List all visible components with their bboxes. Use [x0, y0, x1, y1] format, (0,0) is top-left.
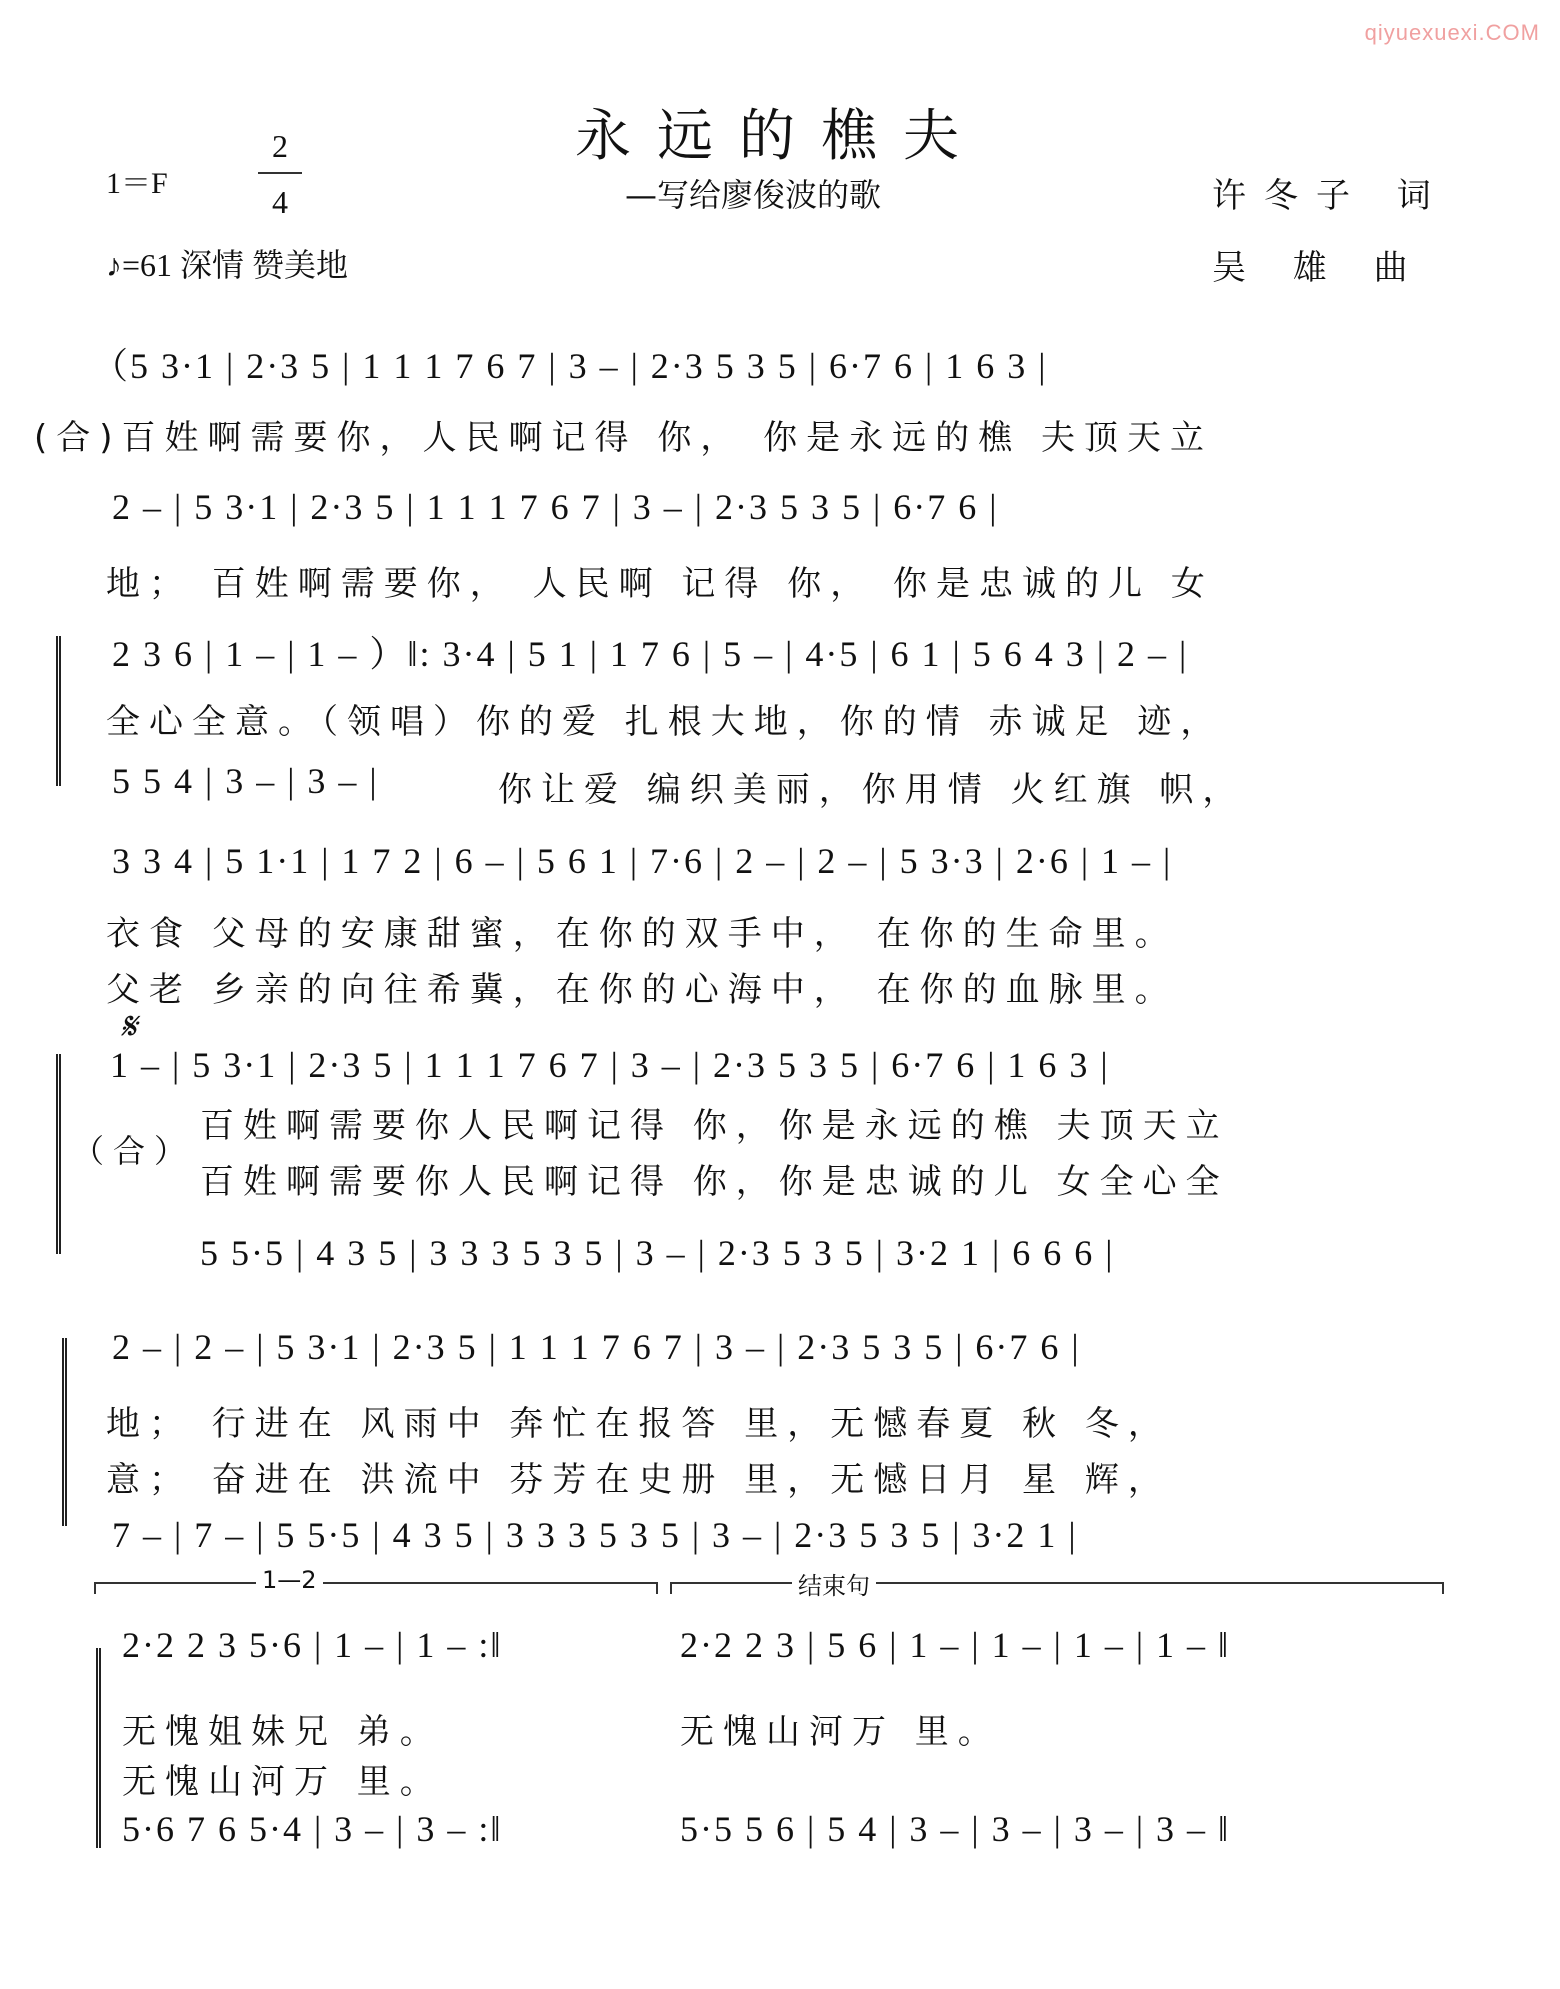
- system1-lyrics: (合)百姓啊需要你，人民啊记得 你， 你是永远的樵 夫顶天立: [34, 410, 1213, 459]
- segno-icon: 𝄋: [120, 1004, 136, 1049]
- volta-1-2-label: 1—2: [256, 1566, 323, 1594]
- system6-lyrics-1: 地； 行进在 风雨中 奔忙在报答 里，无憾春夏 秋 冬，: [106, 1396, 1171, 1445]
- system5-notes-lower: 5 5·5 | 4 3 5 | 3 3 3 5 3 5 | 3 – | 2·3 …: [200, 1232, 1114, 1274]
- system3-notes-alt: 5 5 4 | 3 – | 3 – |: [112, 760, 379, 802]
- system7-bracket: [96, 1648, 105, 1848]
- system2-lyrics: 地； 百姓啊需要你， 人民啊 记得 你， 你是忠诚的儿 女: [106, 556, 1214, 605]
- system1-notes: （5 3·1 | 2·3 5 | 1 1 1 7 6 7 | 3 – | 2·3…: [92, 338, 1047, 389]
- system4-lyrics-2: 父老 乡亲的向往希冀，在你的心海中， 在你的血脉里。: [106, 962, 1178, 1011]
- lyricist-credit: 许冬子 词: [1212, 168, 1449, 217]
- chorus-label: （合）: [72, 1126, 195, 1172]
- song-subtitle: —写给廖俊波的歌: [625, 170, 881, 216]
- volta-1-2: 1—2: [94, 1582, 658, 1594]
- system5-bracket: [56, 1054, 65, 1254]
- system3-lyrics-1: 全心全意。（领唱）你的爱 扎根大地，你的情 赤诚足 迹，: [106, 694, 1223, 743]
- system3-notes: 2 3 6 | 1 – | 1 – ）‖: 3·4 | 5 1 | 1 7 6 …: [112, 626, 1188, 677]
- watermark: qiyuexuexi.COM: [1365, 20, 1540, 46]
- system7-notes-upper-v2: 2·2 2 3 | 5 6 | 1 – | 1 – | 1 – | 1 – ‖: [680, 1624, 1230, 1666]
- system7-notes-upper-v1: 2·2 2 3 5·6 | 1 – | 1 – :‖: [122, 1624, 503, 1666]
- system4-lyrics-1: 衣食 父母的安康甜蜜，在你的双手中， 在你的生命里。: [106, 906, 1178, 955]
- key-signature: 1＝F: [106, 158, 168, 202]
- volta-ending: 结束句: [670, 1582, 1444, 1594]
- system7-notes-lower-v1: 5·6 7 6 5·4 | 3 – | 3 – :‖: [122, 1808, 503, 1850]
- system5-lyrics-2: 百姓啊需要你人民啊记得 你，你是忠诚的儿 女全心全: [200, 1154, 1229, 1203]
- time-signature-line: [258, 172, 302, 174]
- system2-notes: 2 – | 5 3·1 | 2·3 5 | 1 1 1 7 6 7 | 3 – …: [112, 486, 998, 528]
- system7-lyrics-1-v1: 无愧姐妹兄 弟。: [122, 1704, 443, 1753]
- system6-bracket: [62, 1338, 71, 1526]
- song-title: 永远的樵夫: [575, 92, 985, 172]
- system6-lyrics-2: 意； 奋进在 洪流中 芬芳在史册 里，无憾日月 星 辉，: [106, 1452, 1171, 1501]
- system5-notes-upper: 1 – | 5 3·1 | 2·3 5 | 1 1 1 7 6 7 | 3 – …: [110, 1044, 1110, 1086]
- composer-credit: 吴 雄 曲: [1212, 240, 1426, 289]
- system6-notes-upper: 2 – | 2 – | 5 3·1 | 2·3 5 | 1 1 1 7 6 7 …: [112, 1326, 1081, 1368]
- system4-notes: 3 3 4 | 5 1·1 | 1 7 2 | 6 – | 5 6 1 | 7·…: [112, 840, 1172, 882]
- system3-lyrics-2: 你让爱 编织美丽，你用情 火红旗 帜，: [498, 762, 1245, 811]
- system5-lyrics-1: 百姓啊需要你人民啊记得 你，你是永远的樵 夫顶天立: [200, 1098, 1229, 1147]
- tempo-marking: ♪=61 深情 赞美地: [106, 240, 348, 286]
- time-signature-bottom: 4: [272, 184, 288, 221]
- system3-bracket: [56, 636, 65, 786]
- system7-lyrics-1-v2: 无愧山河万 里。: [680, 1704, 1001, 1753]
- time-signature-top: 2: [272, 128, 288, 165]
- system7-notes-lower-v2: 5·5 5 6 | 5 4 | 3 – | 3 – | 3 – | 3 – ‖: [680, 1808, 1230, 1850]
- system7-lyrics-2-v1: 无愧山河万 里。: [122, 1754, 443, 1803]
- volta-ending-label: 结束句: [792, 1566, 876, 1601]
- system6-notes-lower: 7 – | 7 – | 5 5·5 | 4 3 5 | 3 3 3 5 3 5 …: [112, 1514, 1078, 1556]
